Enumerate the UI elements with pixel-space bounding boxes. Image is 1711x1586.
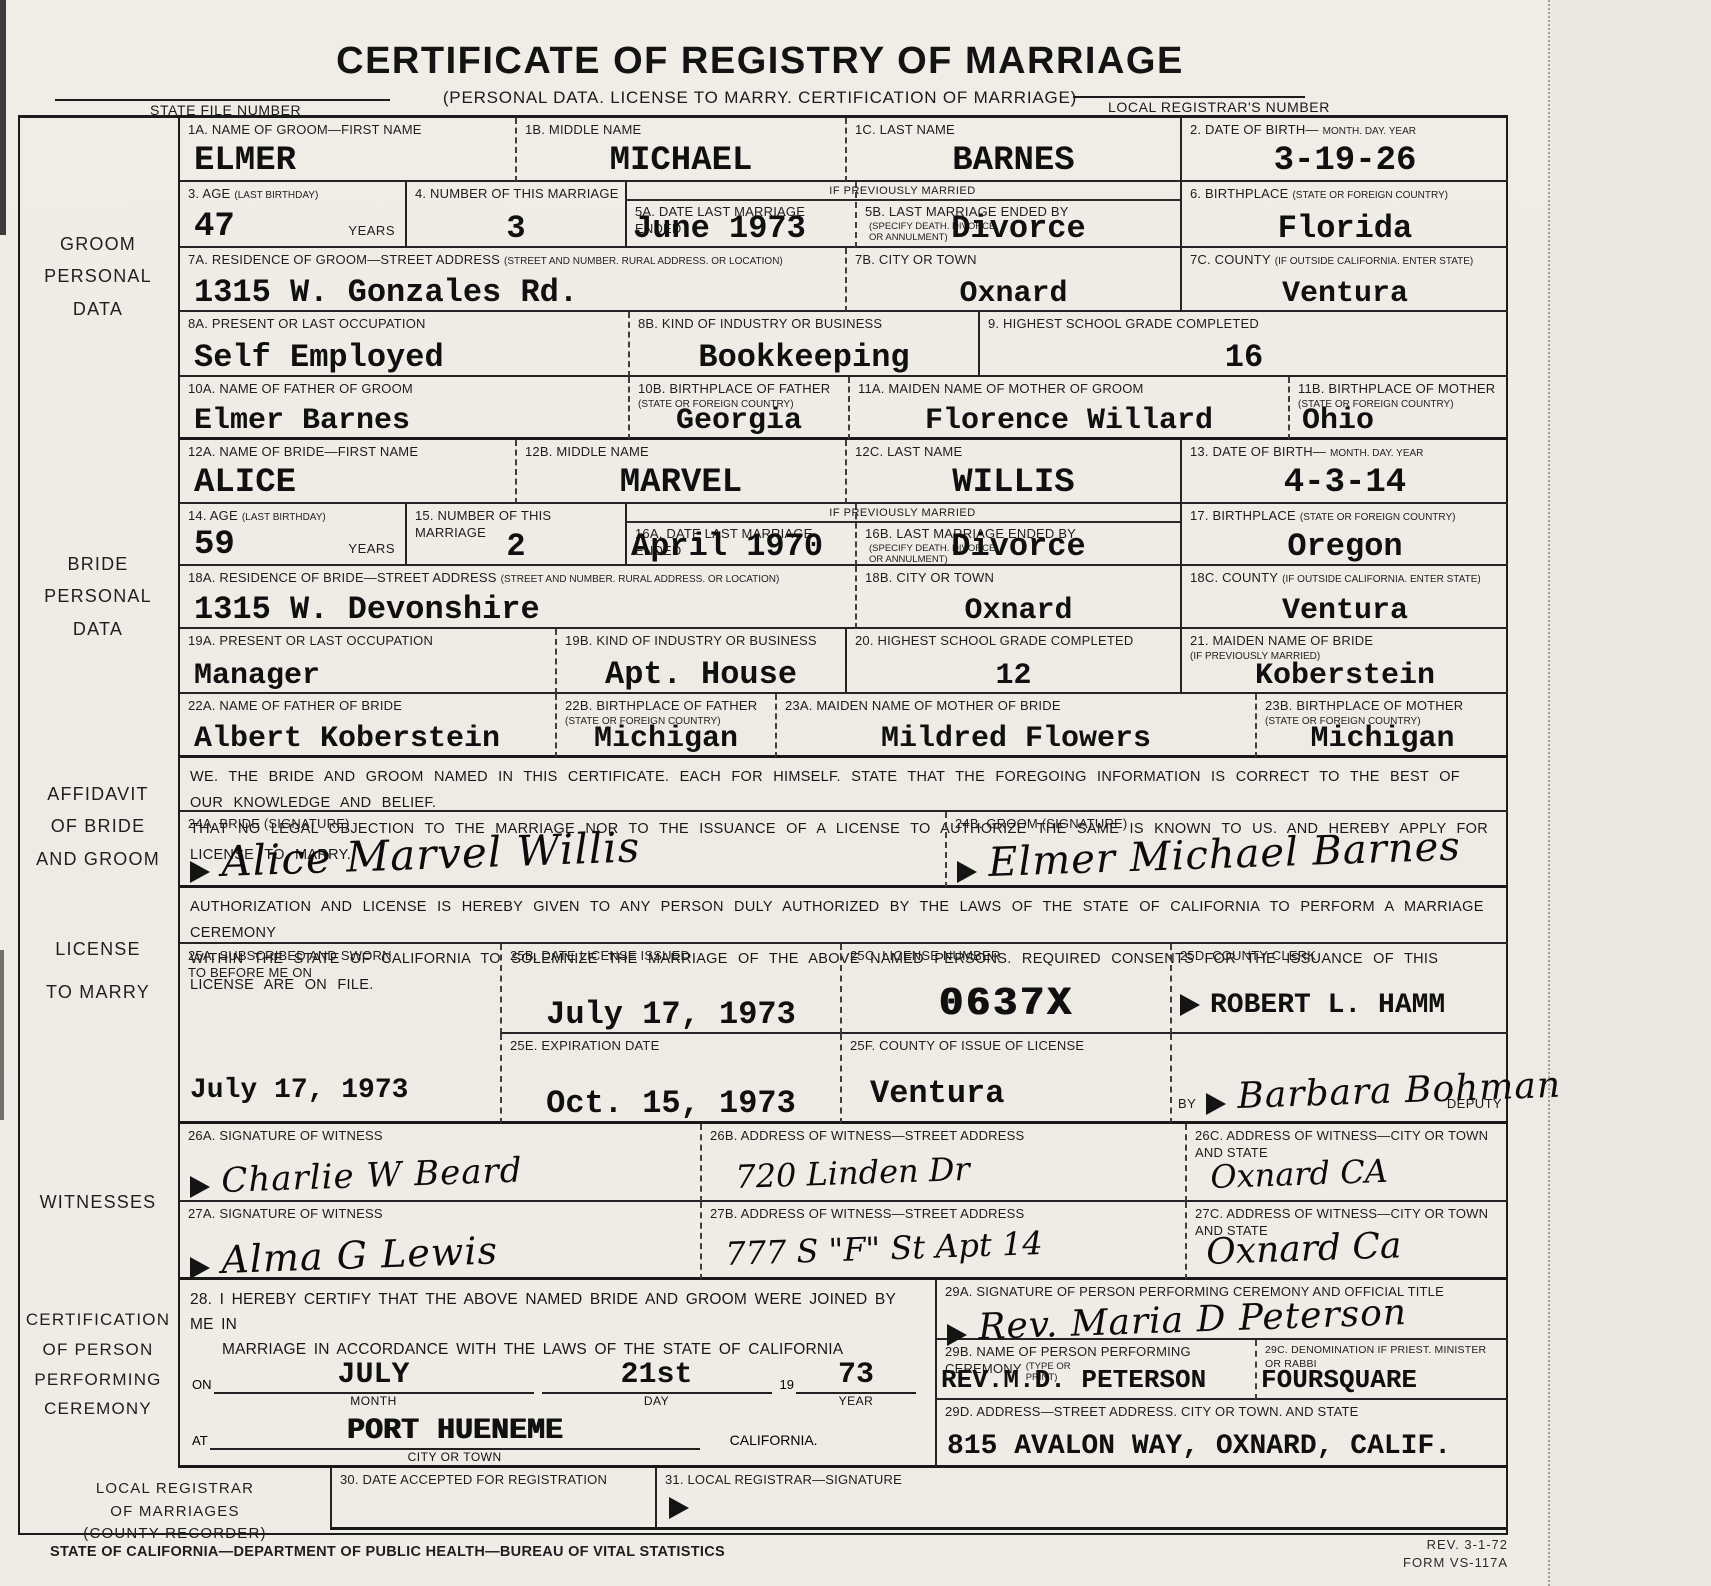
field-25c-license-number: 25C. LICENSE NUMBER 0637X [840,944,1170,1034]
section-label-license: LICENSE TO MARRY [18,928,178,1014]
field-value: June 1973 [633,212,806,246]
month-value: JULY [337,1358,409,1392]
field-value: BARNES [847,144,1180,180]
field-18a-bride-residence: 18A. RESIDENCE OF BRIDE—STREET ADDRESS(S… [180,566,855,629]
field-label: 7A. RESIDENCE OF GROOM—STREET ADDRESS(ST… [180,248,845,269]
field-21-bride-maiden-name: 21. MAIDEN NAME OF BRIDE(IF PREVIOUSLY M… [1180,629,1508,694]
field-label: 1B. MIDDLE NAME [517,118,845,139]
label-text: 11A. MAIDEN NAME OF MOTHER OF GROOM [858,381,1144,396]
field-1a-groom-first-name: 1A. NAME OF GROOM—FIRST NAME ELMER [180,118,515,182]
day-label: DAY [542,1394,772,1408]
field-value: 12 [847,661,1180,693]
field-11a-groom-mother-name: 11A. MAIDEN NAME OF MOTHER OF GROOM Flor… [848,377,1288,440]
field-4-groom-marriage-number: 4. NUMBER OF THIS MARRIAGE 3 [405,182,625,248]
signature-arrow-icon [669,1497,689,1519]
day-value: 21st [620,1358,692,1392]
field-label: 6. BIRTHPLACE(STATE OR FOREIGN COUNTRY) [1182,182,1508,203]
field-27c-witness-city-state: 27C. ADDRESS OF WITNESS—CITY OR TOWN AND… [1185,1202,1508,1280]
page-title: CERTIFICATE OF REGISTRY OF MARRIAGE [310,40,1210,83]
local-registrar-number-label: LOCAL REGISTRAR'S NUMBER [1108,99,1330,115]
field-24a-bride-signature: 24A. BRIDE (SIGNATURE) Alice Marvel Will… [180,812,945,888]
label-text: 25E. EXPIRATION DATE [510,1038,659,1053]
field-7c-groom-county: 7C. COUNTY(IF OUTSIDE CALIFORNIA. ENTER … [1180,248,1508,312]
field-value: Elmer Barnes [194,406,410,438]
witness-signature-value: Charlie W Beard [221,1154,523,1198]
field-12a-bride-first-name: 12A. NAME OF BRIDE—FIRST NAME ALICE [180,440,515,504]
deputy-signature-cell: BY Barbara Bohman DEPUTY [1170,1034,1508,1124]
label-text: 12B. MIDDLE NAME [525,444,649,459]
section-label-registrar: LOCAL REGISTRAR OF MARRIAGES (COUNTY REC… [30,1478,320,1546]
field-14-bride-age: 14. AGE(LAST BIRTHDAY) 59 YEARS [180,504,405,566]
field-24b-groom-signature: 24B. GROOM (SIGNATURE) Elmer Michael Bar… [945,812,1508,888]
label-note: (LAST BIRTHDAY) [242,512,326,523]
year-label: YEAR [796,1394,916,1408]
signature-arrow-icon [957,861,977,883]
field-12c-bride-last-name: 12C. LAST NAME WILLIS [845,440,1180,504]
field-value: Oxnard [847,279,1180,311]
field-value: ROBERT L. HAMM [1210,991,1445,1020]
field-value: 777 S "F" St Apt 14 [725,1224,1044,1273]
field-value: Oxnard CA [1210,1152,1389,1196]
field-label: 4. NUMBER OF THIS MARRIAGE [407,182,625,203]
field-27a-witness-signature: 27A. SIGNATURE OF WITNESS Alma G Lewis [180,1202,700,1280]
field-3-groom-age: 3. AGE(LAST BIRTHDAY) 47 YEARS [180,182,405,248]
field-23b-bride-mother-birthplace: 23B. BIRTHPLACE OF MOTHER(STATE OR FOREI… [1255,694,1508,758]
marriage-city: PORT HUENEMECITY OR TOWN [210,1414,700,1450]
field-8a-groom-occupation: 8A. PRESENT OR LAST OCCUPATION Self Empl… [180,312,628,377]
label-text: 24A. BRIDE (SIGNATURE) [188,816,350,831]
field-26c-witness-city-state: 26C. ADDRESS OF WITNESS—CITY OR TOWN AND… [1185,1124,1508,1202]
witness-signature-value: Alma G Lewis [221,1231,499,1279]
field-10b-groom-father-birthplace: 10B. BIRTHPLACE OF FATHER(STATE OR FOREI… [628,377,848,440]
year-prefix: 19 [780,1377,796,1394]
section-label-witnesses: WITNESSES [18,1186,178,1218]
field-value: July 17, 1973 [502,998,840,1032]
signature-arrow-icon [190,1176,210,1198]
field-value: July 17, 1973 [190,1076,408,1105]
label-text: 10A. NAME OF FATHER OF GROOM [188,381,413,396]
marriage-day: 21stDAY [542,1358,772,1394]
field-value: Oregon [1182,530,1508,564]
license-statement-line1: AUTHORIZATION AND LICENSE IS HEREBY GIVE… [190,894,1500,946]
field-8b-groom-industry: 8B. KIND OF INDUSTRY OR BUSINESS Bookkee… [628,312,978,377]
signature-arrow-icon [1206,1093,1226,1115]
field-label: 18B. CITY OR TOWN [857,566,1180,587]
field-value: Albert Koberstein [194,724,500,756]
field-22b-bride-father-birthplace: 22B. BIRTHPLACE OF FATHER(STATE OR FOREI… [555,694,775,758]
field-25d-county-clerk: 25D. COUNTY CLERK ROBERT L. HAMM [1170,944,1508,1034]
at-label: AT [192,1433,210,1450]
month-label: MONTH [214,1394,534,1408]
field-label: 25B. DATE LICENSE ISSUED [502,944,840,965]
label-note: MONTH. DAY. YEAR [1330,448,1423,459]
field-label: 1C. LAST NAME [847,118,1180,139]
field-label: 26B. ADDRESS OF WITNESS—STREET ADDRESS [702,1124,1185,1145]
signature-arrow-icon [1180,994,1200,1016]
field-30-date-accepted: 30. DATE ACCEPTED FOR REGISTRATION [330,1468,655,1530]
field-value: 59 [194,528,235,564]
field-value: 2 [407,530,625,564]
label-text: 7A. RESIDENCE OF GROOM—STREET ADDRESS [188,252,500,267]
divider-line [55,99,390,101]
city-label: CITY OR TOWN [210,1450,700,1464]
by-label: BY [1178,1096,1196,1111]
field-22a-bride-father-name: 22A. NAME OF FATHER OF BRIDE Albert Kobe… [180,694,555,758]
page-subtitle: (PERSONAL DATA. LICENSE TO MARRY. CERTIF… [310,88,1210,108]
label-text: 26A. SIGNATURE OF WITNESS [188,1128,383,1143]
footer-agency-text: STATE OF CALIFORNIA—DEPARTMENT OF PUBLIC… [50,1544,725,1560]
label-text: 30. DATE ACCEPTED FOR REGISTRATION [340,1472,607,1487]
field-value: 3 [407,212,625,246]
label-text: 1C. LAST NAME [855,122,955,137]
label-text: 19B. KIND OF INDUSTRY OR BUSINESS [565,633,817,648]
section-label-certification: CERTIFICATION OF PERSON PERFORMING CEREM… [18,1305,178,1424]
field-label: 19A. PRESENT OR LAST OCCUPATION [180,629,555,650]
field-label: 9. HIGHEST SCHOOL GRADE COMPLETED [980,312,1508,333]
field-label: 18C. COUNTY(IF OUTSIDE CALIFORNIA. ENTER… [1182,566,1508,587]
label-text: 25F. COUNTY OF ISSUE OF LICENSE [850,1038,1084,1053]
license-authorization-statement: AUTHORIZATION AND LICENSE IS HEREBY GIVE… [180,888,1508,944]
label-text: 25D. COUNTY CLERK [1180,948,1316,963]
bride-signature-value: Alice Marvel Willis [221,826,641,883]
field-label: 17. BIRTHPLACE(STATE OR FOREIGN COUNTRY) [1182,504,1508,525]
field-label: 22A. NAME OF FATHER OF BRIDE [180,694,555,715]
label-note: (STATE OR FOREIGN COUNTRY) [1300,512,1456,523]
field-27b-witness-street-address: 27B. ADDRESS OF WITNESS—STREET ADDRESS 7… [700,1202,1185,1280]
label-note: (IF OUTSIDE CALIFORNIA. ENTER STATE) [1282,574,1481,585]
field-label: 25F. COUNTY OF ISSUE OF LICENSE [842,1034,1170,1055]
field-20-bride-school-grade: 20. HIGHEST SCHOOL GRADE COMPLETED 12 [845,629,1180,694]
label-text: 12A. NAME OF BRIDE—FIRST NAME [188,444,418,459]
label-note: (STATE OR FOREIGN COUNTRY) [1292,190,1448,201]
field-label: 1A. NAME OF GROOM—FIRST NAME [180,118,515,139]
field-label: 13. DATE OF BIRTH—MONTH. DAY. YEAR [1182,440,1508,461]
label-text: 13. DATE OF BIRTH— [1190,444,1326,459]
field-label: 14. AGE(LAST BIRTHDAY) [180,504,405,525]
label-text: 8B. KIND OF INDUSTRY OR BUSINESS [638,316,882,331]
field-31-local-registrar-signature: 31. LOCAL REGISTRAR—SIGNATURE [655,1468,1508,1530]
label-note: (IF OUTSIDE CALIFORNIA. ENTER STATE) [1275,256,1474,267]
field-value: Florence Willard [850,406,1288,438]
field-label: 26A. SIGNATURE OF WITNESS [180,1124,700,1145]
divider-line [1073,96,1305,98]
field-label: 27A. SIGNATURE OF WITNESS [180,1202,700,1223]
section-label-affidavit: AFFIDAVIT OF BRIDE AND GROOM [18,778,178,875]
field-value: Oct. 15, 1973 [502,1087,840,1121]
deputy-signature-value: Barbara Bohman [1237,1068,1562,1115]
label-note: MONTH. DAY. YEAR [1323,126,1416,137]
label-text: 8A. PRESENT OR LAST OCCUPATION [188,316,426,331]
marriage-date-row: ON JULYMONTH 21stDAY 19 73YEAR [192,1358,922,1394]
label-text: 23B. BIRTHPLACE OF MOTHER [1265,698,1463,713]
field-value: Divorce [857,530,1180,564]
field-26b-witness-street-address: 26B. ADDRESS OF WITNESS—STREET ADDRESS 7… [700,1124,1185,1202]
field-label: 27B. ADDRESS OF WITNESS—STREET ADDRESS [702,1202,1185,1223]
field-label: 19B. KIND OF INDUSTRY OR BUSINESS [557,629,845,650]
field-value: FOURSQUARE [1261,1367,1417,1394]
field-25f-county-of-issue: 25F. COUNTY OF ISSUE OF LICENSE Ventura [840,1034,1170,1124]
label-text: 22A. NAME OF FATHER OF BRIDE [188,698,402,713]
section-label-bride: BRIDE PERSONAL DATA [18,548,178,645]
field-29a-ceremony-signature: 29A. SIGNATURE OF PERSON PERFORMING CERE… [935,1280,1508,1340]
field-9-groom-school-grade: 9. HIGHEST SCHOOL GRADE COMPLETED 16 [978,312,1508,377]
field-label: 20. HIGHEST SCHOOL GRADE COMPLETED [847,629,1180,650]
field-value: 4-3-14 [1182,466,1508,502]
field-value: Ventura [1182,596,1508,628]
field-value: Apt. House [557,658,845,692]
field-19a-bride-occupation: 19A. PRESENT OR LAST OCCUPATION Manager [180,629,555,694]
field-label: 10A. NAME OF FATHER OF GROOM [180,377,628,398]
field-label: 12C. LAST NAME [847,440,1180,461]
scan-edge-mark [0,950,4,1120]
field-18b-bride-city: 18B. CITY OR TOWN Oxnard [855,566,1180,629]
field-value: 47 [194,210,235,246]
label-text: 27B. ADDRESS OF WITNESS—STREET ADDRESS [710,1206,1024,1221]
label-text: 4. NUMBER OF THIS MARRIAGE [415,186,619,201]
field-value: 0637X [842,984,1170,1026]
label-text: 3. AGE [188,186,230,201]
marriage-month: JULYMONTH [214,1358,534,1394]
field-value: MICHAEL [517,144,845,180]
field-label: 7B. CITY OR TOWN [847,248,1180,269]
label-text: 14. AGE [188,508,238,523]
field-value: MARVEL [517,466,845,502]
field-23a-bride-mother-name: 23A. MAIDEN NAME OF MOTHER OF BRIDE Mild… [775,694,1255,758]
label-text: 22B. BIRTHPLACE OF FATHER [565,698,757,713]
field-value: Koberstein [1182,661,1508,693]
section-label-groom: GROOM PERSONAL DATA [18,228,178,325]
certify-text-line1: 28. I HEREBY CERTIFY THAT THE ABOVE NAME… [190,1288,923,1338]
label-text: 21. MAIDEN NAME OF BRIDE [1190,633,1373,648]
field-value: REV.M.D. PETERSON [941,1367,1206,1394]
label-note: (LAST BIRTHDAY) [234,190,318,201]
on-label: ON [192,1377,214,1394]
field-label: 21. MAIDEN NAME OF BRIDE(IF PREVIOUSLY M… [1182,629,1508,663]
field-value: Florida [1182,212,1508,246]
field-label: 25D. COUNTY CLERK [1172,944,1508,965]
field-value: Ohio [1302,406,1374,438]
affidavit-statement: WE. THE BRIDE AND GROOM NAMED IN THIS CE… [180,758,1508,812]
label-text: 29D. ADDRESS—STREET ADDRESS. CITY OR TOW… [945,1404,1359,1419]
field-29d-ceremony-address: 29D. ADDRESS—STREET ADDRESS. CITY OR TOW… [935,1400,1508,1468]
if-previously-married-strip: IF PREVIOUSLY MARRIED [625,504,1180,523]
field-label: 2. DATE OF BIRTH—MONTH. DAY. YEAR [1182,118,1508,139]
label-text: 1A. NAME OF GROOM—FIRST NAME [188,122,422,137]
field-29c-denomination: 29C. DENOMINATION IF PRIEST. MINISTER OR… [1255,1340,1508,1400]
label-text: 25A. SUBSCRIBED AND SWORN TO BEFORE ME O… [188,948,392,980]
field-value: Georgia [630,406,848,438]
field-label: 25C. LICENSE NUMBER [842,944,1170,965]
label-note: (STREET AND NUMBER. RURAL ADDRESS. OR LO… [501,574,780,585]
field-label: 11A. MAIDEN NAME OF MOTHER OF GROOM [850,377,1288,398]
label-text: 2. DATE OF BIRTH— [1190,122,1319,137]
field-value: Michigan [557,724,775,756]
field-25e-expiration-date: 25E. EXPIRATION DATE Oct. 15, 1973 [500,1034,840,1124]
california-suffix: CALIFORNIA. [730,1432,820,1450]
field-value: Ventura [870,1077,1004,1111]
field-value: Manager [194,661,320,693]
scan-edge-mark [0,0,6,235]
year-value: 73 [838,1358,874,1392]
field-26a-witness-signature: 26A. SIGNATURE OF WITNESS Charlie W Bear… [180,1124,700,1202]
field-19b-bride-industry: 19B. KIND OF INDUSTRY OR BUSINESS Apt. H… [555,629,845,694]
label-text: 27A. SIGNATURE OF WITNESS [188,1206,383,1221]
field-25b-date-license-issued: 25B. DATE LICENSE ISSUED July 17, 1973 [500,944,840,1034]
marriage-year: 73YEAR [796,1358,916,1394]
field-13-bride-date-of-birth: 13. DATE OF BIRTH—MONTH. DAY. YEAR 4-3-1… [1180,440,1508,504]
field-18c-bride-county: 18C. COUNTY(IF OUTSIDE CALIFORNIA. ENTER… [1180,566,1508,629]
field-value: 16 [980,341,1508,375]
field-value: Ventura [1182,279,1508,311]
label-text: 31. LOCAL REGISTRAR—SIGNATURE [665,1472,902,1487]
label-text: 9. HIGHEST SCHOOL GRADE COMPLETED [988,316,1259,331]
field-label: 3. AGE(LAST BIRTHDAY) [180,182,405,203]
field-11b-groom-mother-birthplace: 11B. BIRTHPLACE OF MOTHER(STATE OR FOREI… [1288,377,1508,440]
field-label: 23A. MAIDEN NAME OF MOTHER OF BRIDE [777,694,1255,715]
label-text: 24B. GROOM (SIGNATURE) [955,816,1127,831]
field-value: Self Employed [194,341,444,375]
field-1c-groom-last-name: 1C. LAST NAME BARNES [845,118,1180,182]
label-text: 18C. COUNTY [1190,570,1278,585]
field-7b-groom-city: 7B. CITY OR TOWN Oxnard [845,248,1180,312]
signature-arrow-icon [190,861,210,883]
label-text: 7B. CITY OR TOWN [855,252,977,267]
field-label: 31. LOCAL REGISTRAR—SIGNATURE [657,1468,1508,1489]
field-value: 3-19-26 [1182,144,1508,180]
field-value: ALICE [194,466,296,502]
ceremony-signature-value: Rev. Maria D Peterson [978,1295,1408,1346]
label-note: (STREET AND NUMBER. RURAL ADDRESS. OR LO… [504,256,783,267]
field-29b-ceremony-person-name: 29B. NAME OF PERSON PERFORMING CEREMONY(… [935,1340,1255,1400]
label-text: 25C. LICENSE NUMBER [850,948,1000,963]
label-text: 19A. PRESENT OR LAST OCCUPATION [188,633,433,648]
field-label: 29D. ADDRESS—STREET ADDRESS. CITY OR TOW… [937,1400,1508,1421]
field-label: 12A. NAME OF BRIDE—FIRST NAME [180,440,515,461]
field-value: WILLIS [847,466,1180,502]
field-2-groom-date-of-birth: 2. DATE OF BIRTH—MONTH. DAY. YEAR 3-19-2… [1180,118,1508,182]
field-25a-subscribed-sworn: 25A. SUBSCRIBED AND SWORN TO BEFORE ME O… [180,944,500,1124]
label-text: 12C. LAST NAME [855,444,962,459]
field-label: 18A. RESIDENCE OF BRIDE—STREET ADDRESS(S… [180,566,855,587]
field-label: 12B. MIDDLE NAME [517,440,845,461]
years-suffix: YEARS [348,541,395,556]
field-label: 8B. KIND OF INDUSTRY OR BUSINESS [630,312,978,333]
affidavit-statement-line1: WE. THE BRIDE AND GROOM NAMED IN THIS CE… [190,764,1500,816]
label-text: 17. BIRTHPLACE [1190,508,1296,523]
city-value: PORT HUENEME [347,1414,563,1448]
groom-signature-value: Elmer Michael Barnes [988,827,1462,883]
signature-arrow-icon [190,1257,210,1279]
label-text: 6. BIRTHPLACE [1190,186,1288,201]
footer-form-number: REV. 3-1-72 FORM VS-117A [1300,1536,1508,1572]
field-value: Mildred Flowers [777,724,1255,756]
label-text: 20. HIGHEST SCHOOL GRADE COMPLETED [855,633,1133,648]
field-value: Oxnard Ca [1206,1225,1402,1273]
label-text: 26B. ADDRESS OF WITNESS—STREET ADDRESS [710,1128,1024,1143]
field-label: 7C. COUNTY(IF OUTSIDE CALIFORNIA. ENTER … [1182,248,1508,269]
label-text: 18B. CITY OR TOWN [865,570,994,585]
field-value: Oxnard [857,596,1180,628]
field-1b-groom-middle-name: 1B. MIDDLE NAME MICHAEL [515,118,845,182]
scan-fold-edge [1548,0,1711,1586]
field-value: 720 Linden Dr [735,1150,971,1196]
signature-arrow-icon [947,1324,967,1346]
if-previously-married-strip: IF PREVIOUSLY MARRIED [625,182,1180,201]
field-value: Michigan [1257,724,1508,756]
field-value: 1315 W. Gonzales Rd. [194,276,578,310]
field-value: ELMER [194,144,296,180]
field-value: 1315 W. Devonshire [194,593,540,627]
field-15-bride-marriage-number: 15. NUMBER OF THIS MARRIAGE 2 [405,504,625,566]
field-label: 25E. EXPIRATION DATE [502,1034,840,1055]
field-10a-groom-father-name: 10A. NAME OF FATHER OF GROOM Elmer Barne… [180,377,628,440]
years-suffix: YEARS [348,223,395,238]
field-17-bride-birthplace: 17. BIRTHPLACE(STATE OR FOREIGN COUNTRY)… [1180,504,1508,566]
field-value: Divorce [857,212,1180,246]
field-12b-bride-middle-name: 12B. MIDDLE NAME MARVEL [515,440,845,504]
label-text: 25B. DATE LICENSE ISSUED [510,948,690,963]
field-label: 8A. PRESENT OR LAST OCCUPATION [180,312,628,333]
marriage-place-row: AT PORT HUENEMECITY OR TOWN CALIFORNIA. [192,1414,922,1450]
label-text: 18A. RESIDENCE OF BRIDE—STREET ADDRESS [188,570,497,585]
field-7a-groom-residence: 7A. RESIDENCE OF GROOM—STREET ADDRESS(ST… [180,248,845,312]
field-value: 815 AVALON WAY, OXNARD, CALIF. [947,1432,1451,1461]
field-value: Bookkeeping [630,341,978,375]
field-6-groom-birthplace: 6. BIRTHPLACE(STATE OR FOREIGN COUNTRY) … [1180,182,1508,248]
field-value: April 1970 [631,530,823,564]
field-label: 25A. SUBSCRIBED AND SWORN TO BEFORE ME O… [180,944,500,982]
label-text: 1B. MIDDLE NAME [525,122,641,137]
field-label: 30. DATE ACCEPTED FOR REGISTRATION [332,1468,655,1489]
label-text: 7C. COUNTY [1190,252,1271,267]
label-text: 23A. MAIDEN NAME OF MOTHER OF BRIDE [785,698,1061,713]
label-text: 10B. BIRTHPLACE OF FATHER [638,381,830,396]
field-28-certification: 28. I HEREBY CERTIFY THAT THE ABOVE NAME… [180,1280,935,1468]
label-text: 11B. BIRTHPLACE OF MOTHER [1298,381,1495,396]
